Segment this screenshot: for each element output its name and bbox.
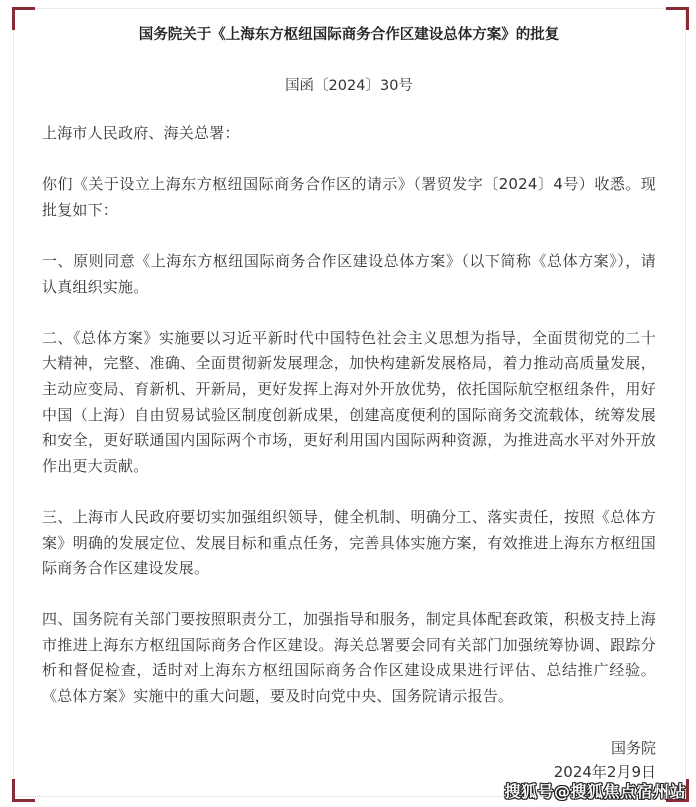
paragraph-one: 一、原则同意《上海东方枢纽国际商务合作区建设总体方案》（以下简称《总体方案》），… <box>42 249 656 300</box>
paragraph-intro: 你们《关于设立上海东方枢纽国际商务合作区的请示》（署贸发字〔2024〕4号）收悉… <box>42 172 656 223</box>
signature: 国务院 <box>611 737 656 758</box>
paragraph-three: 三、上海市人民政府要切实加强组织领导，健全机制、明确分工、落实责任，按照《总体方… <box>42 505 656 582</box>
document-body: 上海市人民政府、海关总署： 你们《关于设立上海东方枢纽国际商务合作区的请示》（署… <box>42 121 656 735</box>
paragraph-four: 四、国务院有关部门要按照职责分工，加强指导和服务，制定具体配套政策，积极支持上海… <box>42 607 656 709</box>
salutation: 上海市人民政府、海关总署： <box>42 121 656 147</box>
corner-bracket-top-left <box>12 7 35 30</box>
document-number: 国函〔2024〕30号 <box>42 74 656 95</box>
corner-bracket-top-right <box>666 7 689 30</box>
corner-bracket-bottom-left <box>12 779 35 802</box>
document-title: 国务院关于《上海东方枢纽国际商务合作区建设总体方案》的批复 <box>42 23 656 44</box>
paragraph-two: 二、《总体方案》实施要以习近平新时代中国特色社会主义思想为指导，全面贯彻党的二十… <box>42 326 656 480</box>
watermark: 搜狐号@搜狐焦点宿州站 <box>504 779 686 802</box>
